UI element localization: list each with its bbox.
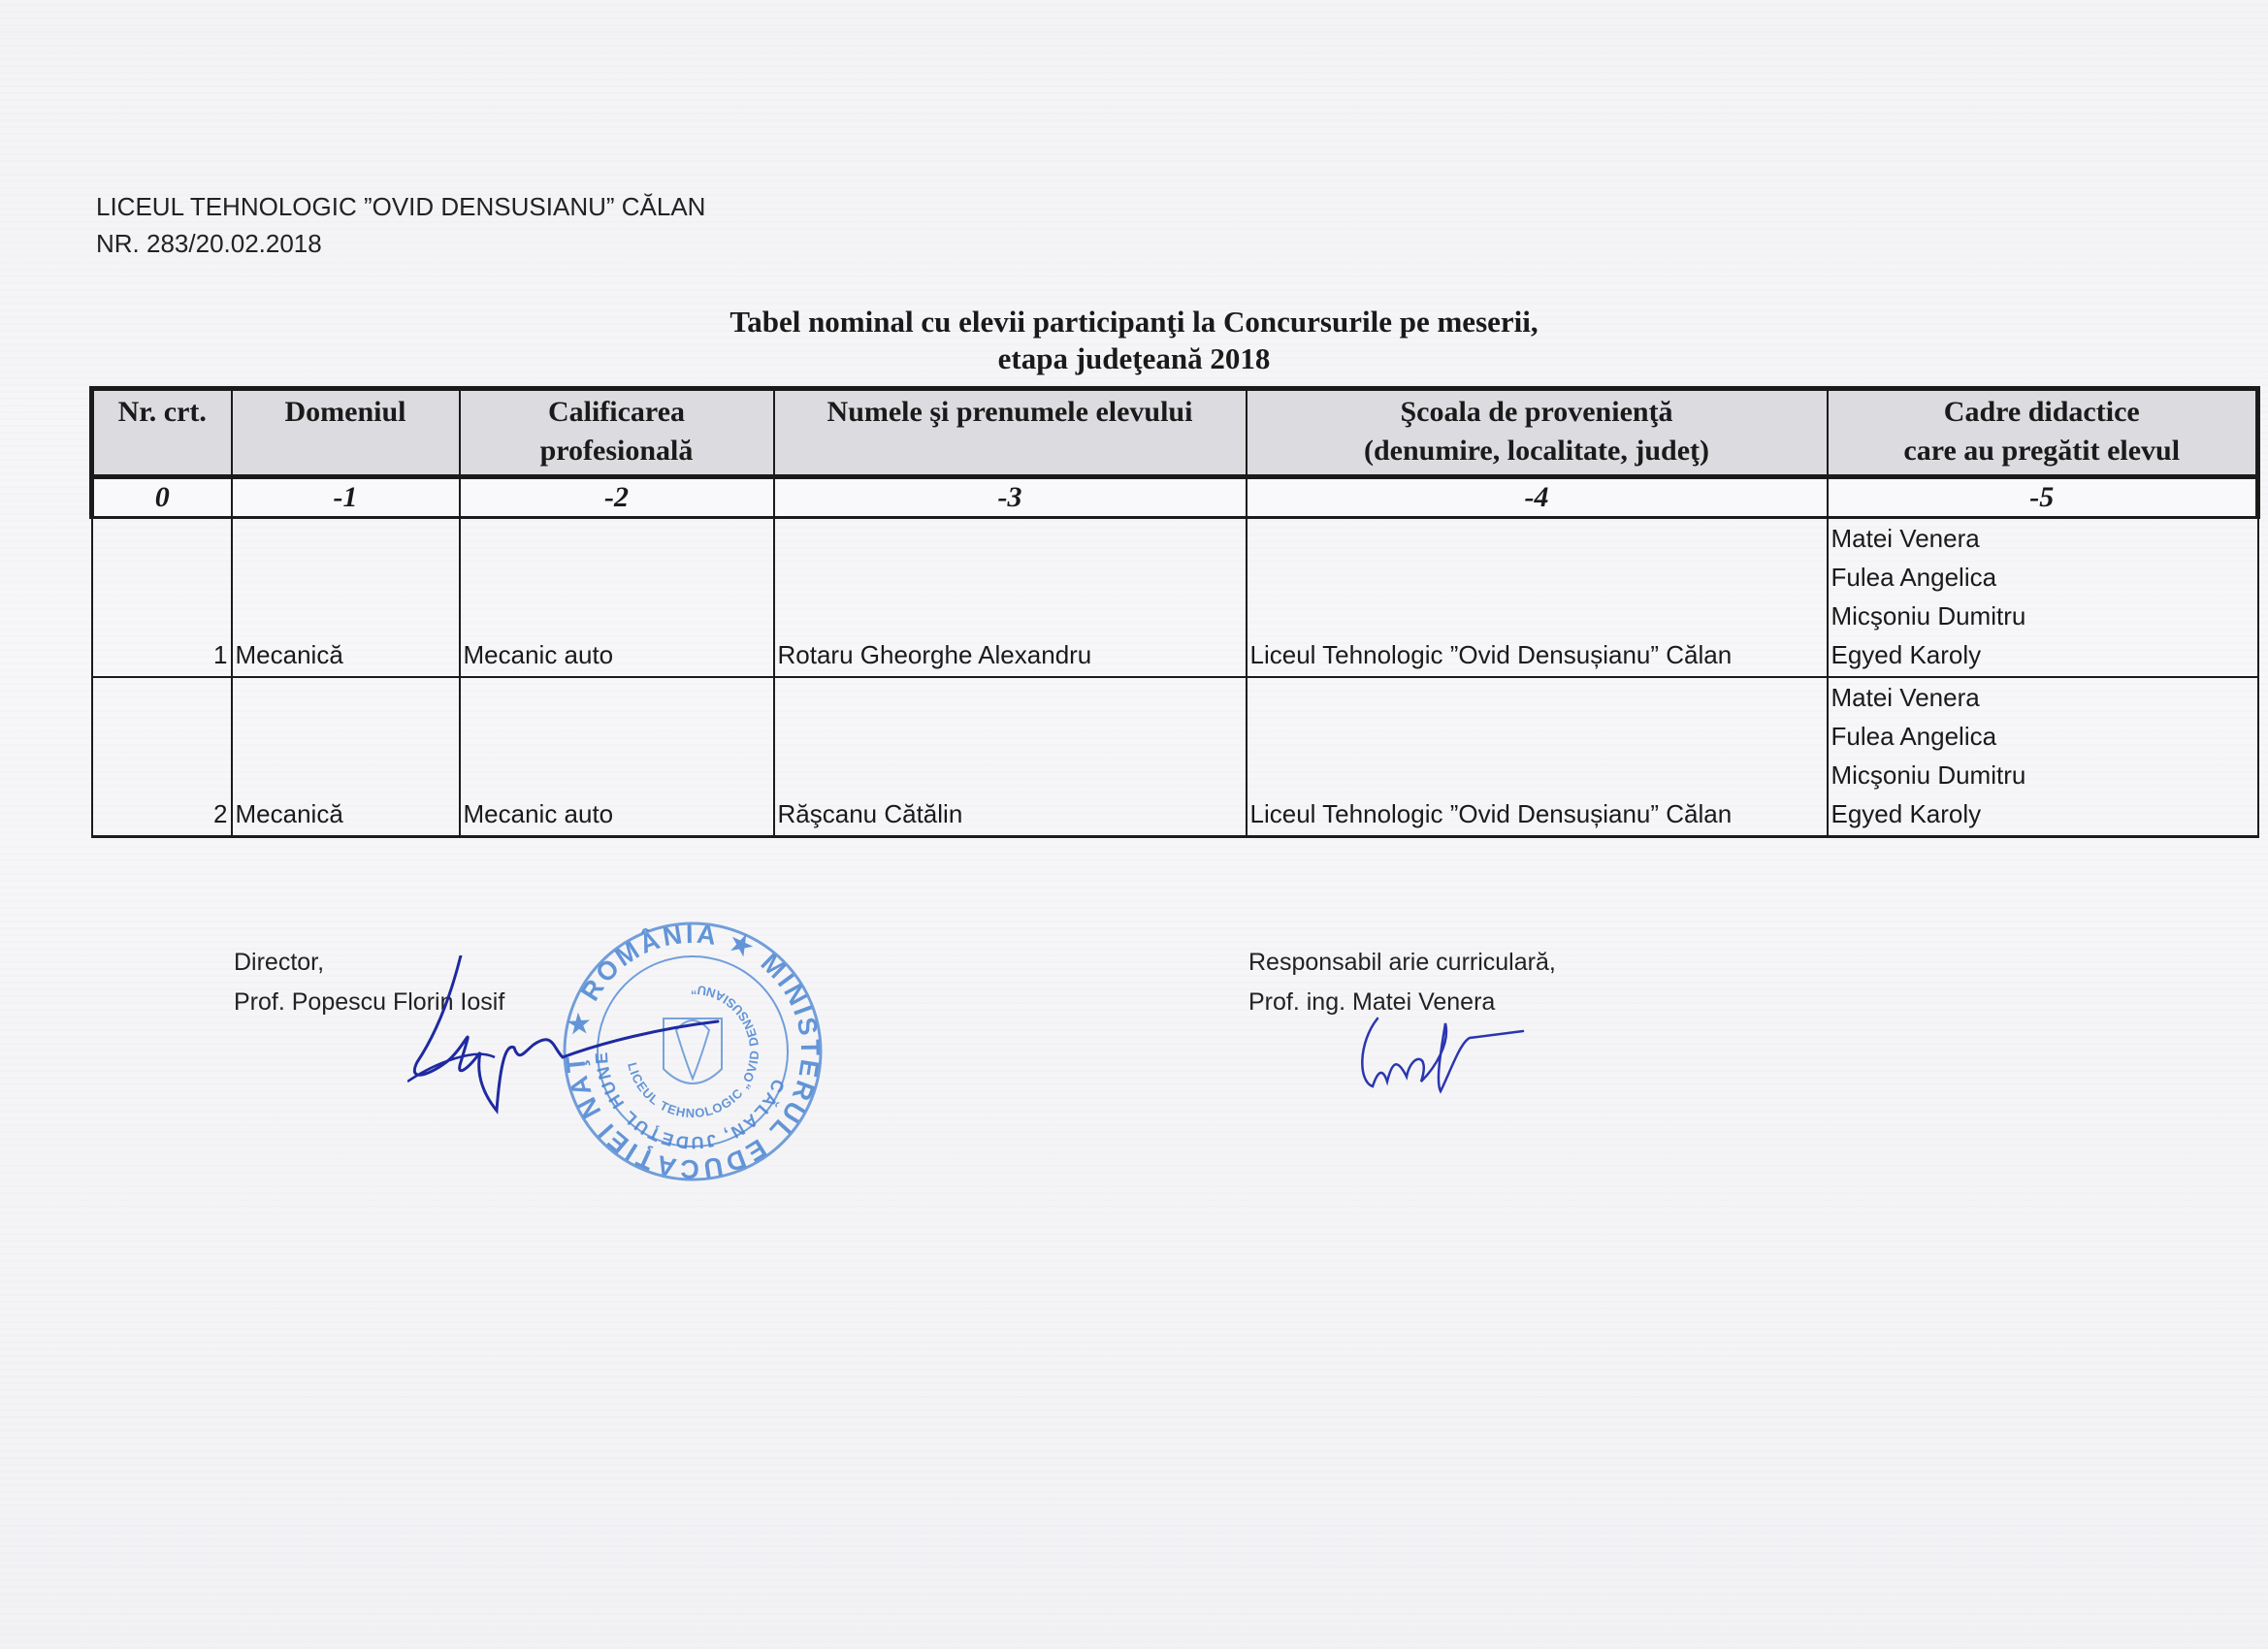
teacher-name: Micşoniu Dumitru [1831, 756, 2254, 794]
row-domain: Mecanică [232, 518, 460, 678]
table-header-row: Nr. crt. Domeniul Calificareaprofesional… [92, 389, 2258, 477]
responsible-role: Responsabil arie curriculară, [1248, 943, 1556, 983]
row-teachers: Matei Venera Fulea Angelica Micşoniu Dum… [1828, 518, 2258, 678]
teacher-name: Egyed Karoly [1831, 635, 2254, 674]
row-number: 2 [92, 677, 232, 837]
row-teachers: Matei Venera Fulea Angelica Micşoniu Dum… [1828, 677, 2258, 837]
column-header-school: Şcoala de provenienţă(denumire, localita… [1247, 389, 1828, 477]
teacher-name: Fulea Angelica [1831, 558, 2254, 597]
column-header-student: Numele şi prenumele elevului [774, 389, 1247, 477]
responsible-handwritten-signature-icon [1353, 1014, 1528, 1111]
row-qualification: Mecanic auto [460, 518, 774, 678]
row-domain: Mecanică [232, 677, 460, 837]
row-qualification: Mecanic auto [460, 677, 774, 837]
column-index-row: 0 -1 -2 -3 -4 -5 [92, 477, 2258, 518]
director-handwritten-signature-icon [407, 955, 737, 1120]
row-student-name: Răşcanu Cătălin [774, 677, 1247, 837]
title-line-2: etapa judeţeană 2018 [0, 340, 2268, 377]
teacher-name: Fulea Angelica [1831, 717, 2254, 756]
document-header: LICEUL TEHNOLOGIC ”OVID DENSUSIANU” CĂLA… [96, 188, 705, 262]
column-index: 0 [92, 477, 232, 518]
teacher-name: Matei Venera [1831, 678, 2254, 717]
column-header-nr: Nr. crt. [92, 389, 232, 477]
column-index: -1 [232, 477, 460, 518]
document-title: Tabel nominal cu elevii participanţi la … [0, 304, 2268, 377]
column-index: -5 [1828, 477, 2258, 518]
column-header-domain: Domeniul [232, 389, 460, 477]
participants-table: Nr. crt. Domeniul Calificareaprofesional… [89, 386, 2260, 838]
teacher-name: Micşoniu Dumitru [1831, 597, 2254, 635]
table-row: 1 Mecanică Mecanic auto Rotaru Gheorghe … [92, 518, 2258, 678]
row-number: 1 [92, 518, 232, 678]
institution-name: LICEUL TEHNOLOGIC ”OVID DENSUSIANU” CĂLA… [96, 188, 705, 225]
column-header-teachers: Cadre didacticecare au pregătit elevul [1828, 389, 2258, 477]
teacher-name: Matei Venera [1831, 519, 2254, 558]
curriculum-responsible-signature-block: Responsabil arie curriculară, Prof. ing.… [1248, 943, 1556, 1022]
row-school: Liceul Tehnologic ”Ovid Densușianu” Căla… [1247, 518, 1828, 678]
column-index: -2 [460, 477, 774, 518]
row-school: Liceul Tehnologic ”Ovid Densușianu” Căla… [1247, 677, 1828, 837]
teacher-name: Egyed Karoly [1831, 794, 2254, 833]
title-line-1: Tabel nominal cu elevii participanţi la … [0, 304, 2268, 340]
column-header-qualification: Calificareaprofesională [460, 389, 774, 477]
row-student-name: Rotaru Gheorghe Alexandru [774, 518, 1247, 678]
column-index: -4 [1247, 477, 1828, 518]
table-row: 2 Mecanică Mecanic auto Răşcanu Cătălin … [92, 677, 2258, 837]
registration-number: NR. 283/20.02.2018 [96, 225, 705, 262]
column-index: -3 [774, 477, 1247, 518]
